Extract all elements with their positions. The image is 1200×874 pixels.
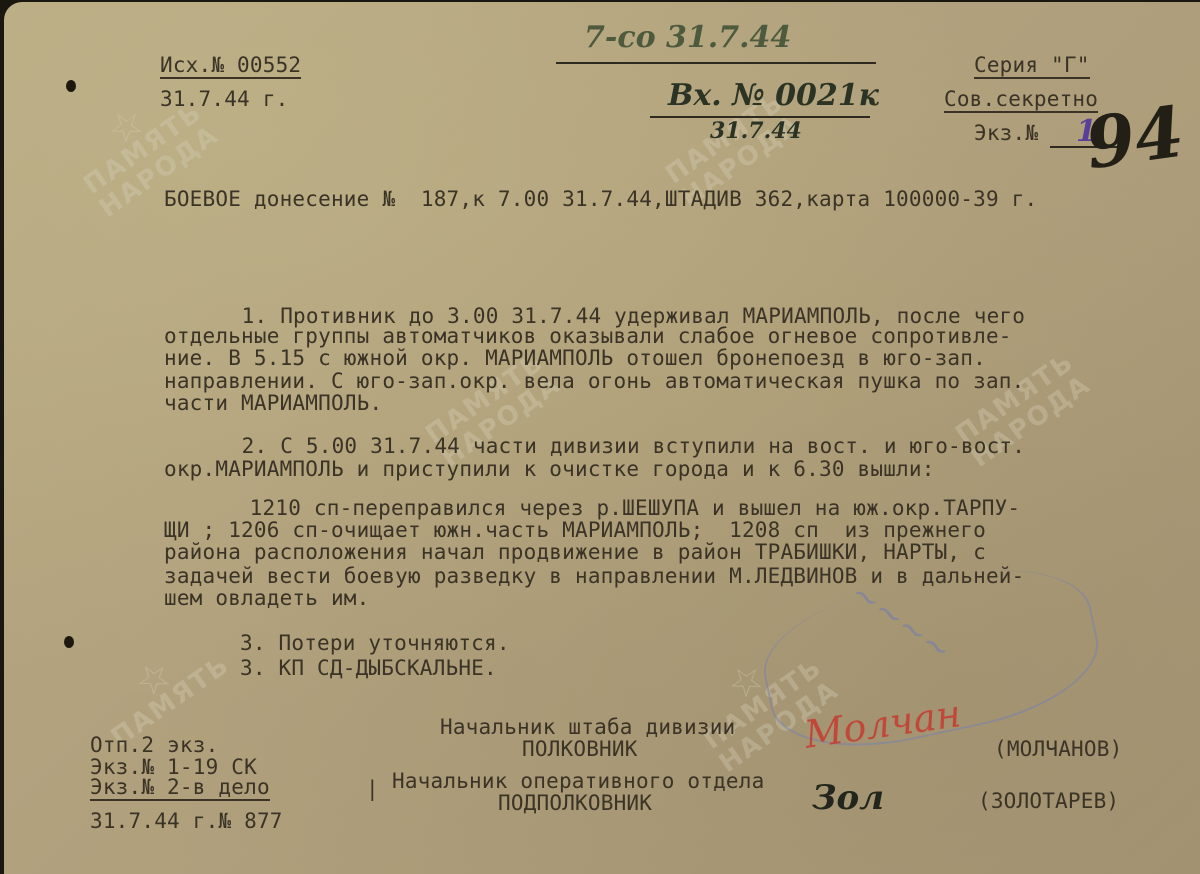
registration-date: 31.7.44 (710, 118, 802, 144)
outgoing-number: Исх.№ 00552 (160, 54, 301, 79)
outgoing-date: 31.7.44 г. (160, 88, 288, 110)
page-number: 94 (1081, 90, 1189, 186)
text-line: района расположения начал продвижение в … (164, 541, 986, 563)
signature-1-name: (МОЛЧАНОВ) (994, 738, 1122, 760)
text-line: задачей вести боевую разведку в направле… (164, 565, 1025, 587)
registration-number: Вх. № 0021к (668, 78, 879, 113)
text-line: ЩИ ; 1206 сп-очищает южн.часть МАРИАМПОЛ… (164, 519, 986, 541)
text-line: части МАРИАМПОЛЬ. (164, 392, 382, 414)
signature-2-name: (ЗОЛОТАРЕВ) (978, 790, 1119, 812)
handwritten-note: 7-со 31.7.44 (584, 20, 791, 55)
series-label: Серия "Г" (974, 54, 1090, 79)
signature-2-handwritten: Зол (812, 778, 884, 818)
punch-hole (64, 636, 74, 648)
distribution-number: 31.7.44 г.№ 877 (90, 810, 283, 832)
text-line: 2. С 5.00 31.7.44 части дивизии вступили… (216, 435, 1025, 457)
signature-1-rank: ПОЛКОВНИК (522, 738, 638, 760)
text-line: ние. В 5.15 с южной окр. МАРИАМПОЛЬ отош… (164, 347, 986, 369)
text-line: отдельные группы автоматчиков оказывали … (164, 325, 1012, 347)
distribution-copy-2: Экз.№ 2-в дело (90, 776, 270, 801)
text-line: 1210 сп-переправился через р.ШЕШУПА и вы… (224, 497, 1020, 519)
signature-2-rank: ПОДПОЛКОВНИК (498, 792, 652, 814)
punch-hole (66, 80, 76, 92)
losses-line: 3. Потери уточняются. (240, 632, 510, 654)
margin-mark: | (366, 778, 379, 800)
report-title: БОЕВОЕ донесение № 187,к 7.00 31.7.44,ШТ… (164, 188, 1037, 210)
text-line: шем овладеть им. (164, 587, 370, 609)
document-page: ☆ ПАМЯТЬ НАРОДА ПАМЯТЬ НАРОДА ПАМЯТЬ НАР… (4, 2, 1200, 874)
signature-2-position: Начальник оперативного отдела (392, 770, 764, 792)
command-post-line: 3. КП СД-ДЫБСКАЛЬНЕ. (240, 657, 497, 679)
signature-1-position: Начальник штаба дивизии (440, 716, 735, 738)
divider-line (556, 62, 876, 64)
text-line: направлении. С юго-зап.окр. вела огонь а… (164, 370, 1025, 392)
classification-label: Сов.секретно (944, 88, 1098, 113)
distribution-copies: Отп.2 экз. (90, 734, 218, 756)
text-line: окр.МАРИАМПОЛЬ и приступили к очистке го… (164, 458, 935, 480)
copy-label: Экз.№ (974, 122, 1038, 144)
